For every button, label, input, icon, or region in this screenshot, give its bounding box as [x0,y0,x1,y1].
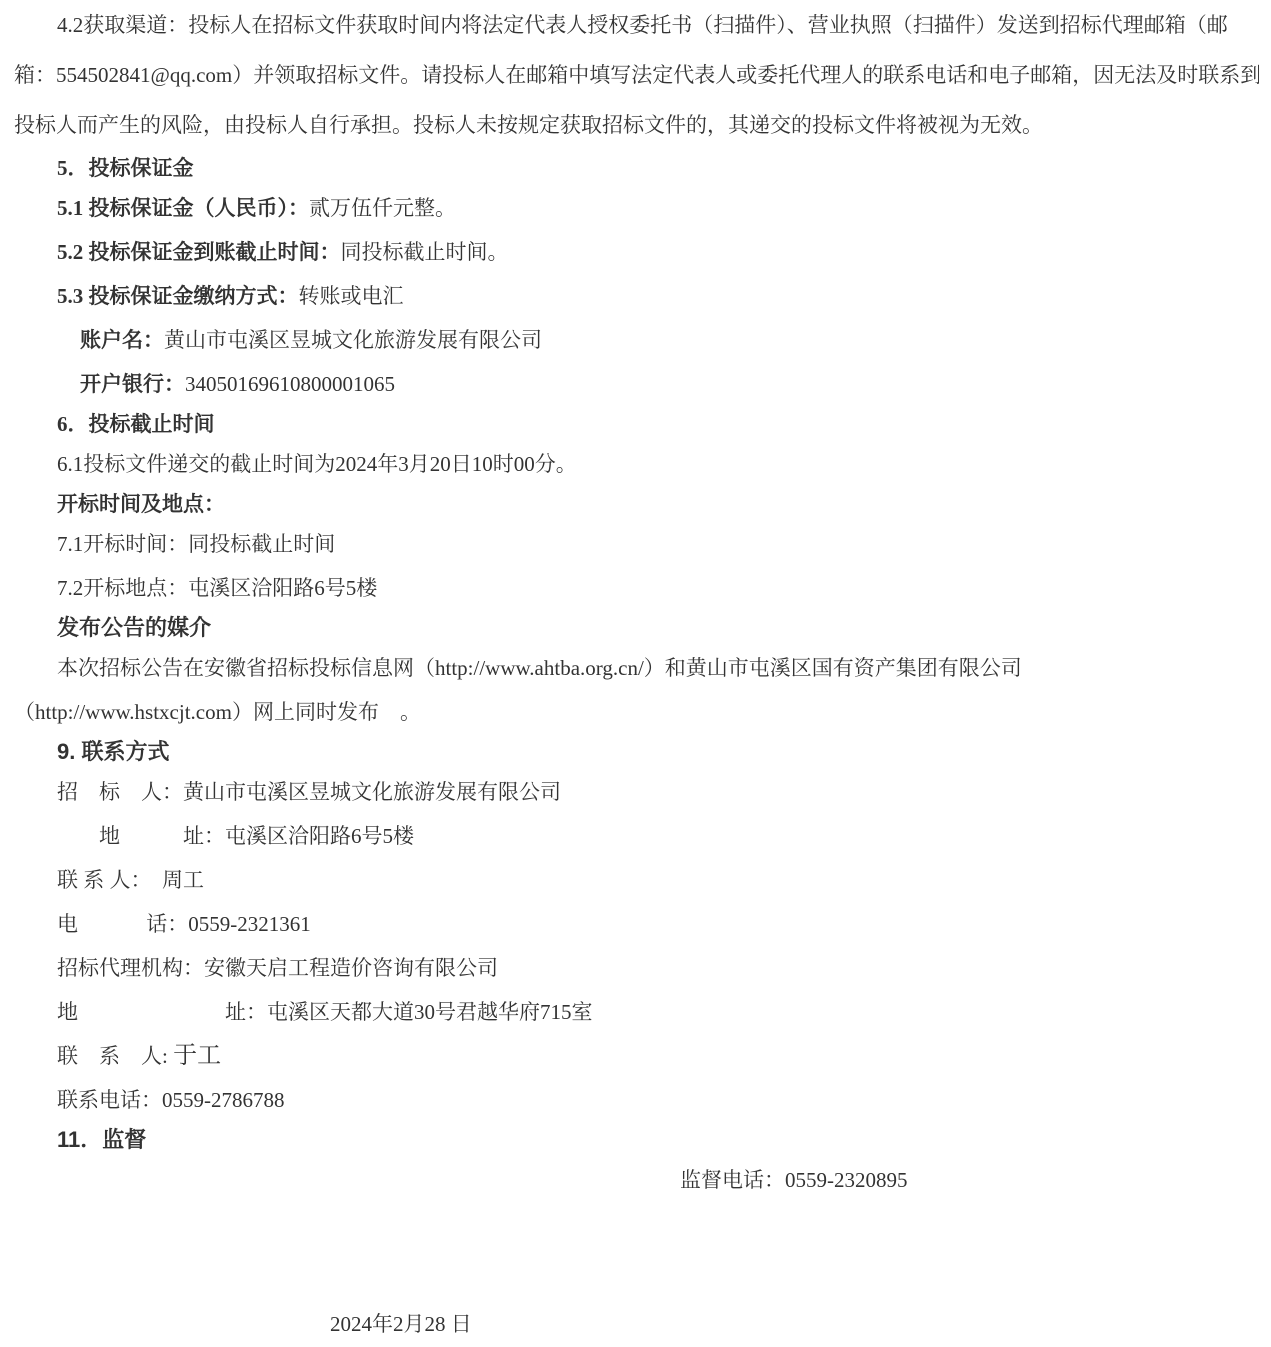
bond-amount-label: 5.1 投标保证金（人民币）： [57,196,309,220]
bank-label: 开户银行： [80,372,185,396]
agency-phone-value: 0559-2786788 [162,1088,285,1112]
bond-method-line: 5.3 投标保证金缴纳方式：转账或电汇 [57,274,1259,318]
tenderer-phone-label: 电 话： [57,912,188,936]
tenderer-address-line: 地 址：屯溪区洽阳路6号5楼 [57,814,1259,858]
bank-value: 34050169610800001065 [185,372,395,396]
bond-section-heading: 5．投标保证金 [57,150,1259,186]
agency-person-value: 于工 [173,1043,221,1069]
tenderer-label: 招 标 人： [57,780,183,804]
tenderer-person-line: 联 系 人： 周工 [57,858,1259,902]
supervision-line: 监督部门：屯溪区国投集团纪检监察室 监督电话：0559-2320895 [57,1158,1259,1202]
opening-place-value: 屯溪区洽阳路6号5楼 [188,576,377,600]
opening-time-line: 7.1开标时间：同投标截止时间 [57,522,1259,566]
agency-phone-label: 联系电话： [57,1088,162,1112]
acquisition-paragraph-line3: 投标人而产生的风险，由投标人自行承担。投标人未按规定获取招标文件的，其递交的投标… [14,100,1259,150]
tenderer-address-value: 屯溪区洽阳路6号5楼 [225,824,414,848]
tenderer-phone-line: 电 话：0559-2321361 [57,902,1259,946]
account-name-line: 账户名：黄山市屯溪区昱城文化旅游发展有限公司 [80,318,1259,362]
opening-time-value: 同投标截止时间 [188,532,335,556]
supervision-phone-label: 监督电话： [680,1168,785,1192]
opening-place-label: 7.2开标地点： [57,576,188,600]
bond-amount-line: 5.1 投标保证金（人民币）：贰万伍仟元整。 [57,186,1259,230]
acquisition-paragraph-line2: 箱：554502841@qq.com）并领取招标文件。请投标人在邮箱中填写法定代… [14,50,1259,100]
tenderer-line: 招 标 人：黄山市屯溪区昱城文化旅游发展有限公司 [57,770,1259,814]
bond-deadline-label: 5.2 投标保证金到账截止时间： [57,240,341,264]
tenderer-person-value: 周工 [162,868,204,892]
media-section-heading: 发布公告的媒介 [57,610,1259,646]
agency-address-label: 地 址： [57,1000,267,1024]
deadline-section-heading: 6．投标截止时间 [57,406,1259,442]
agency-line: 招标代理机构：安徽天启工程造价咨询有限公司 [57,946,1259,990]
media-paragraph-line2: （http://www.hstxcjt.com）网上同时发布 。 [14,690,1259,734]
tender-document: 4.2获取渠道：投标人在招标文件获取时间内将法定代表人授权委托书（扫描件）、营业… [14,0,1259,1346]
supervision-section-heading: 11．监督 [57,1122,1259,1158]
account-name-label: 账户名： [80,328,164,352]
opening-section-heading: 开标时间及地点： [57,486,1259,522]
bond-method-label: 5.3 投标保证金缴纳方式： [57,284,299,308]
tenderer-value: 黄山市屯溪区昱城文化旅游发展有限公司 [183,780,561,804]
agency-value: 安徽天启工程造价咨询有限公司 [204,956,498,980]
bond-method-value: 转账或电汇 [299,284,404,308]
deadline-text-line: 6.1投标文件递交的截止时间为2024年3月20日10时00分。 [57,442,1259,486]
opening-time-label: 7.1开标时间： [57,532,188,556]
agency-address-line: 地 址：屯溪区天都大道30号君越华府715室 [57,990,1259,1034]
bond-amount-value: 贰万伍仟元整。 [309,196,456,220]
acquisition-paragraph-line1: 4.2获取渠道：投标人在招标文件获取时间内将法定代表人授权委托书（扫描件）、营业… [14,0,1259,50]
document-date: 2024年2月28 日 [330,1302,1259,1346]
bond-deadline-value: 同投标截止时间。 [341,240,509,264]
bond-deadline-line: 5.2 投标保证金到账截止时间：同投标截止时间。 [57,230,1259,274]
agency-person-label: 联 系 人: [57,1044,173,1068]
opening-place-line: 7.2开标地点：屯溪区洽阳路6号5楼 [57,566,1259,610]
tenderer-address-label: 地 址： [57,824,225,848]
agency-address-value: 屯溪区天都大道30号君越华府715室 [267,1000,593,1024]
agency-person-line: 联 系 人: 于工 [57,1034,1259,1078]
tenderer-person-label: 联 系 人： [57,868,162,892]
contacts-section-heading: 9. 联系方式 [57,734,1259,770]
media-paragraph-line1: 本次招标公告在安徽省招标投标信息网（http://www.ahtba.org.c… [57,646,1259,690]
bank-line: 开户银行：34050169610800001065 [80,362,1259,406]
supervision-phone: 监督电话：0559-2320895 [680,1158,908,1202]
account-name-value: 黄山市屯溪区昱城文化旅游发展有限公司 [164,328,542,352]
tenderer-phone-value: 0559-2321361 [188,912,311,936]
agency-phone-line: 联系电话：0559-2786788 [57,1078,1259,1122]
agency-label: 招标代理机构： [57,956,204,980]
supervision-phone-value: 0559-2320895 [785,1168,908,1192]
